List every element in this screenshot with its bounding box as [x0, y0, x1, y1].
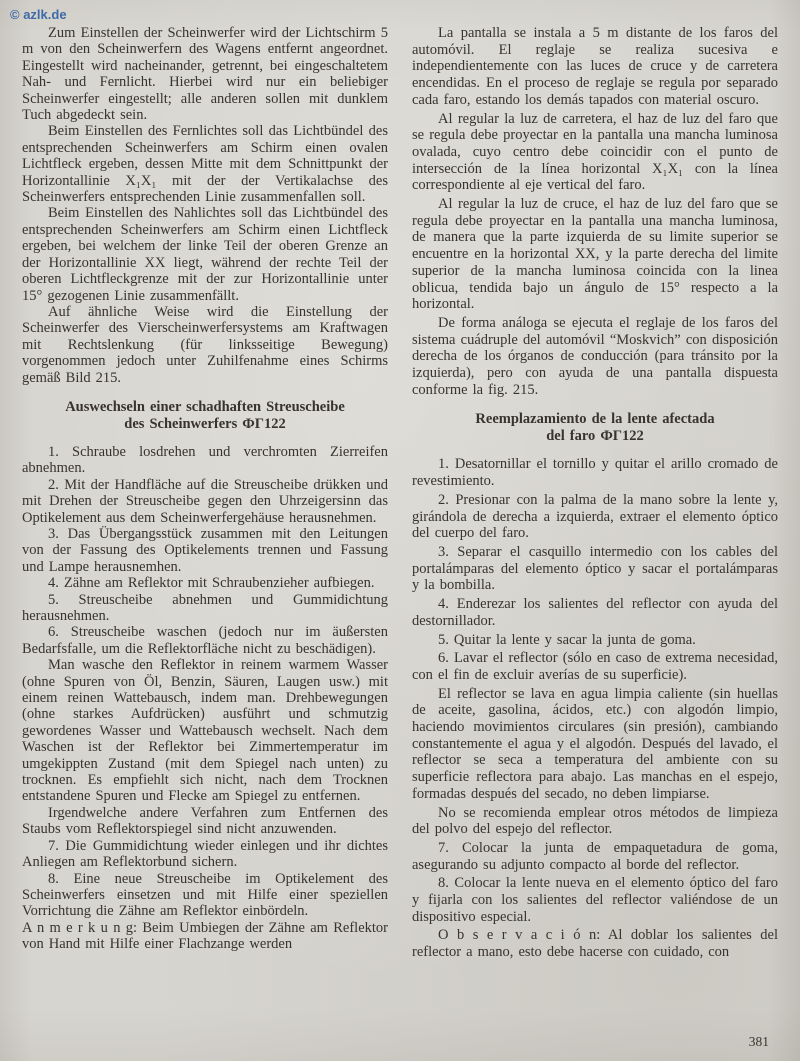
paragraph: El reflector se lava en agua limpia cali… — [412, 686, 778, 803]
heading-line: Reemplazamiento de la lente afectada — [412, 411, 778, 428]
heading-line: del faro ФГ122 — [412, 428, 778, 445]
list-item: 8. Eine neue Streuscheibe im Optikelemen… — [22, 871, 388, 920]
list-item: 1. Schraube losdrehen und verchromten Zi… — [22, 444, 388, 477]
list-item: 5. Streuscheibe abnehmen und Gummidichtu… — [22, 592, 388, 625]
paragraph: No se recomienda emplear otros métodos d… — [412, 805, 778, 838]
section-heading-german: Auswechseln einer schadhaften Streuschei… — [22, 399, 388, 433]
paragraph: Beim Einstellen des Fernlichtes soll das… — [22, 123, 388, 205]
paragraph: La pantalla se instala a 5 m distante de… — [412, 25, 778, 109]
list-item: 3. Das Übergangsstück zusammen mit den L… — [22, 526, 388, 575]
paragraph: Zum Einstellen der Scheinwerfer wird der… — [22, 25, 388, 123]
list-item: 8. Colocar la lente nueva en el elemento… — [412, 875, 778, 925]
note-paragraph: O b s e r v a c i ó n: Al doblar los sal… — [412, 927, 778, 960]
list-item: 2. Presionar con la palma de la mano sob… — [412, 492, 778, 542]
heading-line: Auswechseln einer schadhaften Streuschei… — [22, 399, 388, 416]
scanned-page: © azlk.de Zum Einstellen der Scheinwerfe… — [0, 0, 800, 1061]
paragraph: Auf ähnliche Weise wird die Einstellung … — [22, 304, 388, 386]
list-item: 7. Colocar la junta de empaquetadura de … — [412, 840, 778, 873]
note-paragraph: A n m e r k u n g: Beim Umbiegen der Zäh… — [22, 920, 388, 953]
heading-line: des Scheinwerfers ФГ122 — [22, 416, 388, 433]
page-number: 381 — [749, 1034, 769, 1050]
list-item: 2. Mit der Handfläche auf die Streuschei… — [22, 477, 388, 526]
paragraph: De forma análoga se ejecuta el reglaje d… — [412, 315, 778, 399]
list-item: 4. Zähne am Reflektor mit Schraubenziehe… — [22, 575, 388, 591]
paragraph: Irgendwelche andere Verfahren zum Entfer… — [22, 805, 388, 838]
paragraph: Al regular la luz de carretera, el haz d… — [412, 111, 778, 195]
paragraph: Man wasche den Reflektor in reinem warme… — [22, 657, 388, 805]
watermark: © azlk.de — [10, 7, 67, 22]
list-item: 4. Enderezar los salientes del reflector… — [412, 596, 778, 629]
list-item: 5. Quitar la lente y sacar la junta de g… — [412, 632, 778, 649]
list-item: 1. Desatornillar el tornillo y quitar el… — [412, 456, 778, 489]
section-heading-spanish: Reemplazamiento de la lente afectada del… — [412, 411, 778, 445]
spanish-column: La pantalla se instala a 5 m distante de… — [412, 25, 778, 963]
paragraph: Al regular la luz de cruce, el haz de lu… — [412, 196, 778, 313]
list-item: 6. Lavar el reflector (sólo en caso de e… — [412, 650, 778, 683]
list-item: 3. Separar el casquillo intermedio con l… — [412, 544, 778, 594]
list-item: 6. Streuscheibe waschen (jedoch nur im ä… — [22, 624, 388, 657]
paragraph: Beim Einstellen des Nahlichtes soll das … — [22, 205, 388, 303]
german-column: Zum Einstellen der Scheinwerfer wird der… — [22, 25, 388, 953]
list-item: 7. Die Gummidichtung wieder einlegen und… — [22, 838, 388, 871]
